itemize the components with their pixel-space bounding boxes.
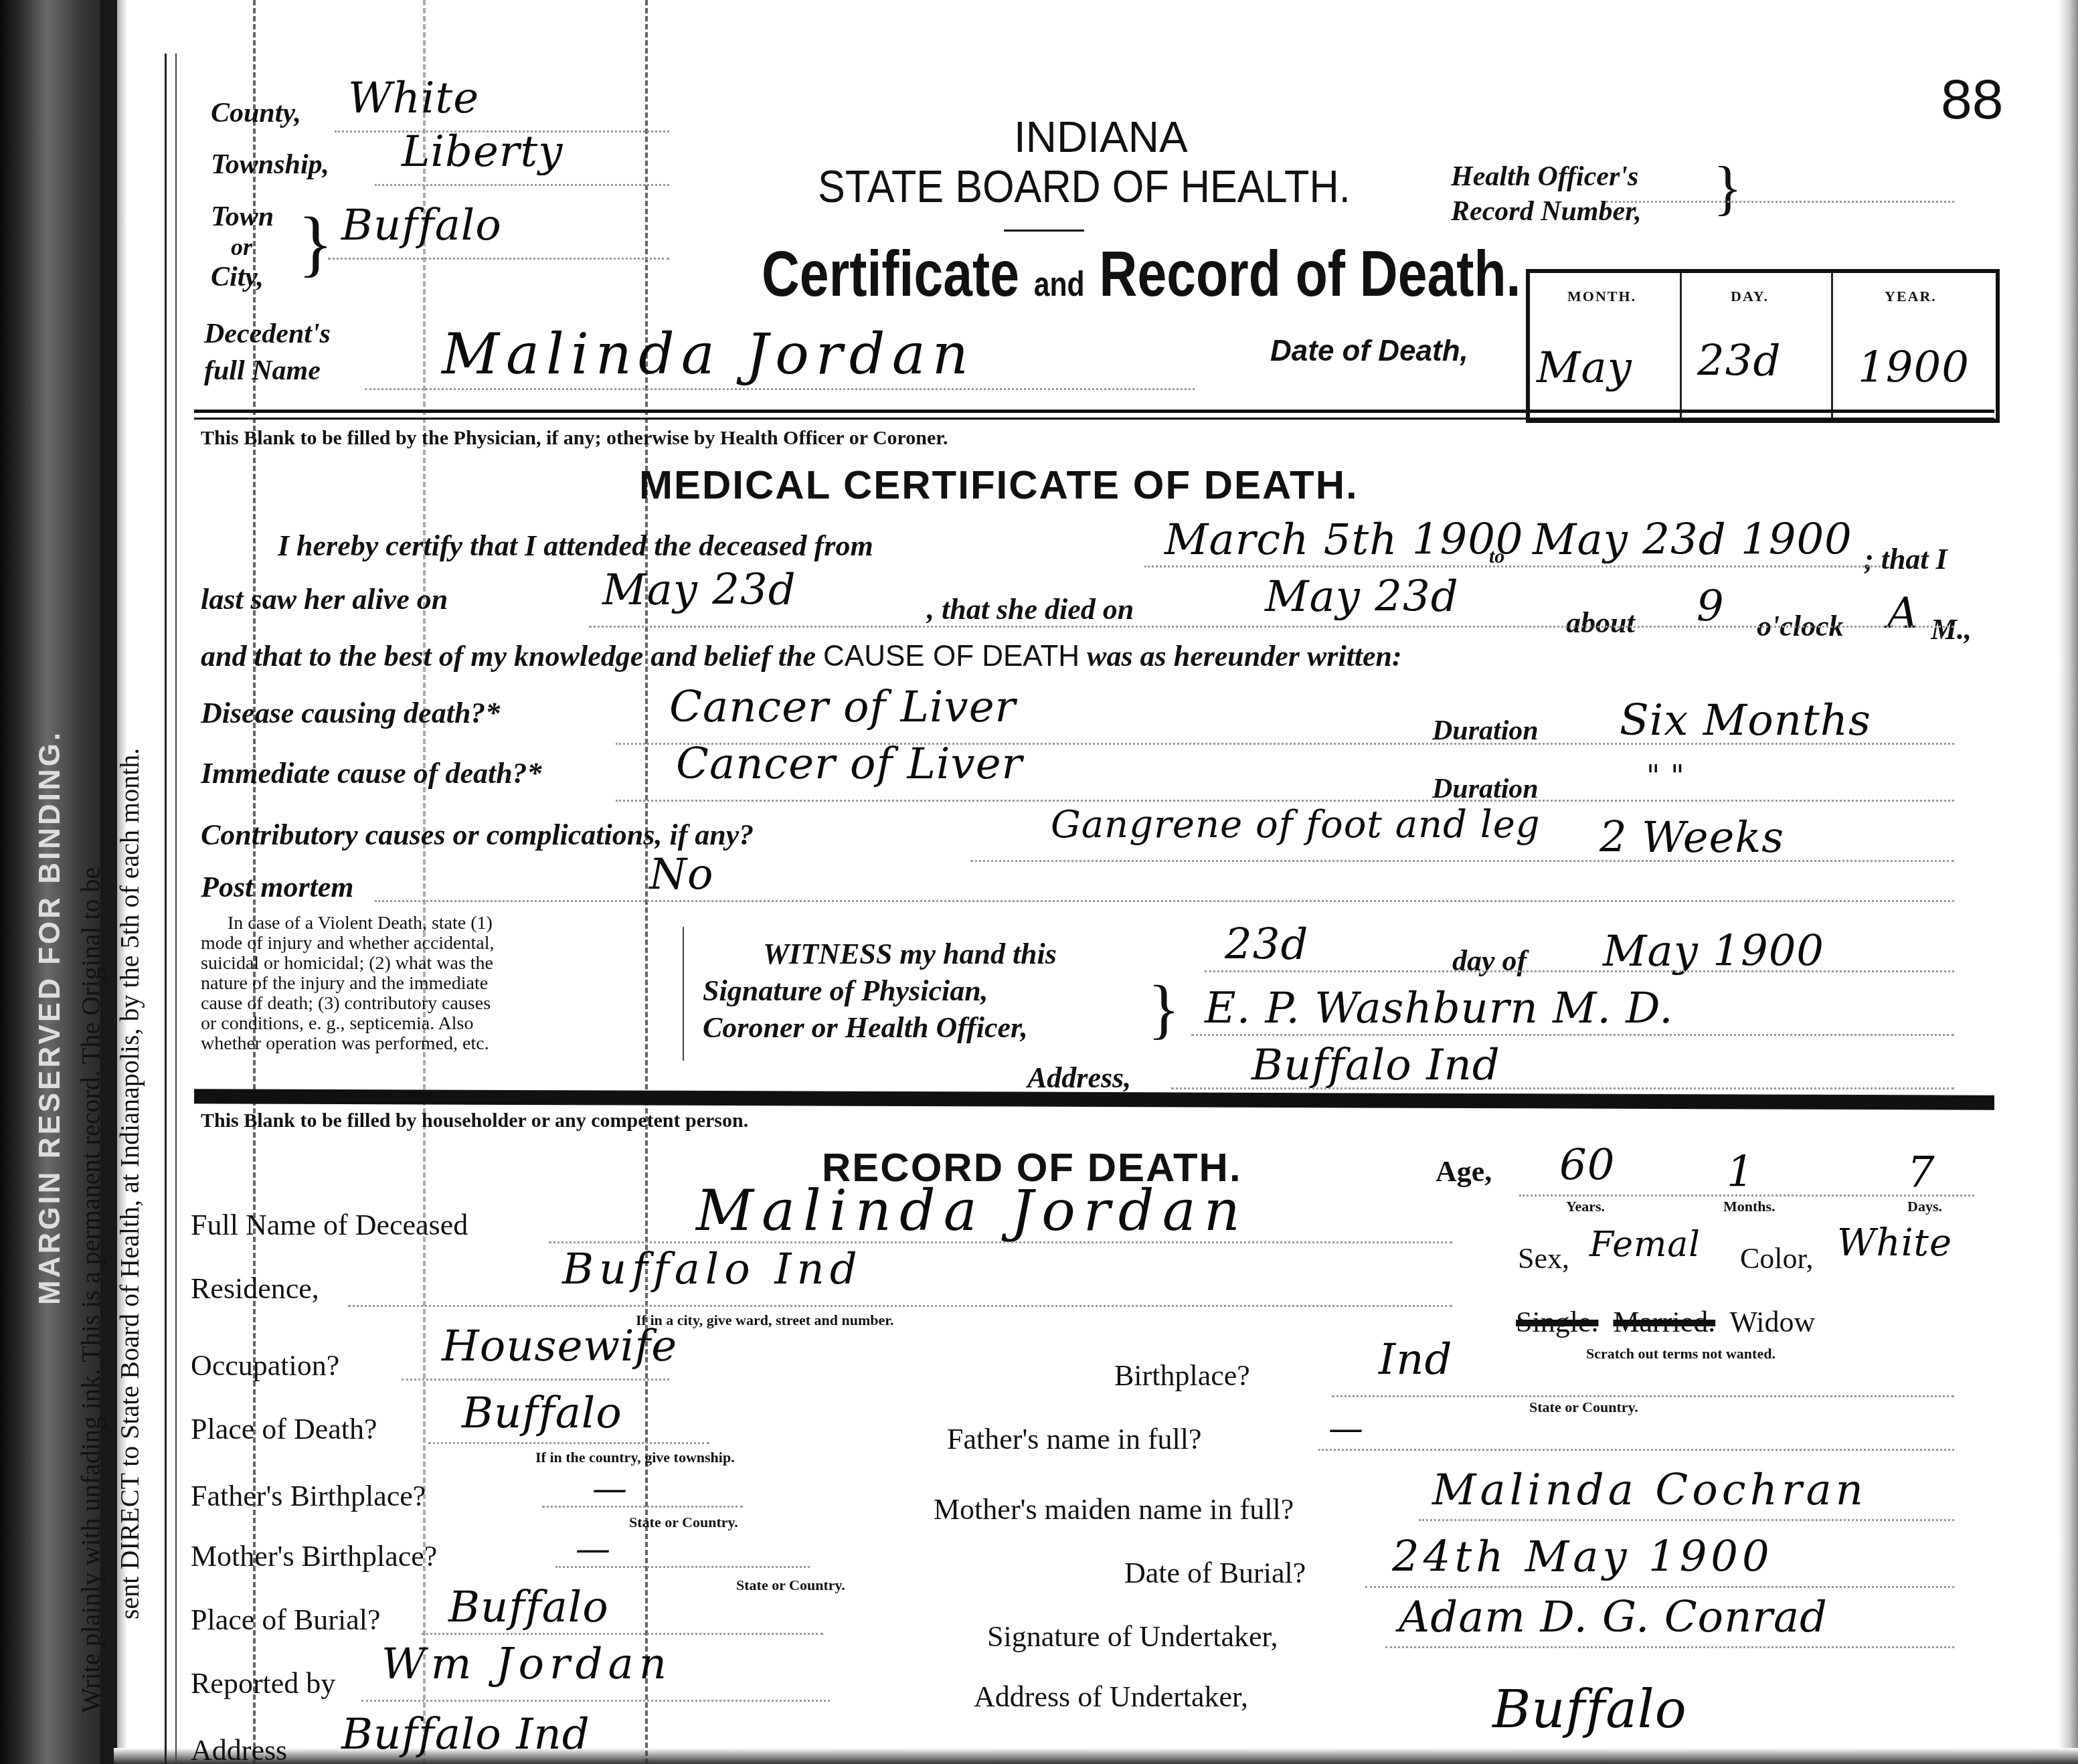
violent-note-line: nature of the injury and the immediate — [201, 974, 495, 994]
signature-label-1: Signature of Physician, — [703, 974, 988, 1008]
belief-text: and that to the best of my knowledge and… — [201, 639, 1402, 673]
marital-married-struck[interactable]: Married. — [1613, 1306, 1715, 1338]
years-label: Years. — [1566, 1198, 1605, 1215]
undertaker-signature-value[interactable]: Adam D. G. Conrad — [1399, 1593, 1828, 1642]
mother-birthplace-hint: State or Country. — [736, 1577, 845, 1594]
postmortem-label: Post mortem — [201, 870, 354, 904]
left-border-inner — [175, 54, 177, 1764]
place-of-burial-label: Place of Burial? — [191, 1603, 380, 1637]
father-name-label: Father's name in full? — [947, 1422, 1202, 1456]
contributory-label: Contributory causes or complications, if… — [201, 818, 754, 852]
about-label: about — [1566, 606, 1635, 640]
immediate-duration-value[interactable]: " " — [1646, 760, 1684, 794]
place-of-death-label: Place of Death? — [191, 1412, 377, 1446]
died-label: , that she died on — [927, 592, 1134, 626]
color-value[interactable]: White — [1837, 1221, 1952, 1265]
section-divider — [194, 410, 1994, 413]
disease-label: Disease causing death?* — [201, 696, 500, 730]
disease-duration-label: Duration — [1432, 715, 1539, 747]
birthplace-value[interactable]: Ind — [1379, 1335, 1452, 1385]
householder-instruction: This Blank to be filled by householder o… — [201, 1110, 748, 1132]
township-label: Township, — [211, 149, 329, 181]
header-divider — [1004, 230, 1084, 232]
birthplace-label: Birthplace? — [1114, 1358, 1250, 1393]
health-officer-record-number-field[interactable] — [1606, 201, 1954, 203]
day-of-label: day of — [1452, 944, 1527, 978]
physician-instruction: This Blank to be filled by the Physician… — [201, 427, 948, 450]
m-label: M., — [1931, 612, 1972, 646]
month-header: MONTH. — [1567, 288, 1636, 305]
year-header: YEAR. — [1885, 288, 1937, 305]
am-pm-value[interactable]: A — [1887, 589, 1919, 638]
contributory-value[interactable]: Gangrene of foot and leg — [1051, 803, 1541, 847]
title-and: and — [1034, 265, 1085, 304]
occupation-label: Occupation? — [191, 1348, 339, 1383]
age-months-value[interactable]: 1 — [1727, 1148, 1755, 1197]
died-on-value[interactable]: May 23d — [1265, 572, 1459, 622]
margin-instruction-2: sent DIRECT to State Board of Health, at… — [114, 748, 145, 1619]
undertaker-address-label: Address of Undertaker, — [974, 1680, 1248, 1714]
birthplace-line — [1332, 1395, 1954, 1397]
age-years-value[interactable]: 60 — [1559, 1141, 1615, 1190]
attended-from-value[interactable]: March 5th 1900 — [1164, 515, 1524, 565]
residence-line — [348, 1305, 1452, 1307]
county-value[interactable]: White — [348, 74, 479, 123]
mother-birthplace-value[interactable]: — — [576, 1529, 611, 1569]
undertaker-signature-line — [1385, 1646, 1954, 1648]
full-name-line — [549, 1241, 1452, 1243]
date-of-death-label: Date of Death, — [1270, 335, 1468, 368]
death-year-value[interactable]: 1900 — [1858, 343, 1970, 393]
violent-note-line: mode of injury and whether accidental, — [201, 934, 495, 954]
age-days-value[interactable]: 7 — [1907, 1148, 1935, 1197]
header-board: STATE BOARD OF HEALTH. — [818, 161, 1351, 213]
decedent-name-value[interactable]: Malinda Jordan — [442, 321, 975, 387]
undertaker-address-value[interactable]: Buffalo — [1492, 1680, 1687, 1740]
witness-line — [1205, 970, 1954, 972]
burial-date-value[interactable]: 24th May 1900 — [1392, 1532, 1773, 1582]
health-officer-label-1: Health Officer's — [1451, 161, 1638, 193]
header-state: INDIANA — [1014, 112, 1188, 162]
decedent-name-line — [365, 388, 1195, 390]
town-label-1: Town — [211, 201, 274, 233]
fold-line — [645, 0, 648, 1764]
mother-maiden-line — [1419, 1519, 1954, 1521]
sex-label: Sex, — [1518, 1241, 1569, 1275]
marital-status: Single. Married. Widow — [1516, 1305, 1815, 1339]
marital-single-struck[interactable]: Single. — [1516, 1306, 1598, 1338]
marital-hint: Scratch out terms not wanted. — [1586, 1345, 1776, 1362]
health-officer-brace: } — [1713, 154, 1742, 223]
residence-value[interactable]: Buffalo Ind — [562, 1245, 863, 1294]
residence-label: Residence, — [191, 1271, 319, 1306]
violent-death-note: In case of a Violent Death, state (1) mo… — [201, 913, 495, 1054]
months-label: Months. — [1723, 1198, 1776, 1215]
township-value[interactable]: Liberty — [402, 127, 563, 177]
medical-heading: MEDICAL CERTIFICATE OF DEATH. — [639, 462, 1359, 508]
occupation-line — [402, 1379, 669, 1381]
father-name-line — [1318, 1449, 1954, 1451]
postmortem-line — [375, 900, 1954, 902]
town-value[interactable]: Buffalo — [341, 201, 502, 250]
attended-to-value[interactable]: May 23d 1900 — [1533, 515, 1852, 565]
place-of-burial-line — [422, 1633, 823, 1635]
mother-maiden-label: Mother's maiden name in full? — [934, 1492, 1294, 1526]
town-label-2: or — [231, 233, 252, 261]
signature-brace: } — [1148, 970, 1180, 1047]
immediate-line — [616, 800, 1954, 802]
undertaker-signature-label: Signature of Undertaker, — [987, 1619, 1278, 1654]
violent-note-line: whether operation was performed, etc. — [201, 1034, 495, 1054]
violent-note-line: or conditions, e. g., septicemia. Also — [201, 1014, 495, 1034]
occupation-value[interactable]: Housewife — [442, 1322, 677, 1371]
father-birthplace-label: Father's Birthplace? — [191, 1479, 426, 1513]
town-line — [328, 258, 669, 260]
father-birthplace-value[interactable]: — — [592, 1469, 628, 1509]
town-label-3: City, — [211, 261, 264, 293]
reported-by-label: Reported by — [191, 1666, 335, 1700]
title-record: Record of Death. — [1100, 238, 1521, 310]
birthplace-hint: State or Country. — [1529, 1399, 1638, 1416]
margin-instruction-1: Write plainly with unfading ink. This is… — [75, 867, 106, 1713]
attended-line — [1144, 565, 1881, 567]
days-label: Days. — [1907, 1198, 1942, 1215]
binding-notice: MARGIN RESERVED FOR BINDING. — [33, 730, 67, 1305]
burial-date-label: Date of Burial? — [1124, 1556, 1306, 1590]
cause-of-death-caps: CAUSE OF DEATH — [823, 640, 1079, 673]
witness-label: WITNESS my hand this — [763, 937, 1057, 971]
place-of-death-hint: If in the country, give township. — [535, 1449, 735, 1466]
immediate-cause-label: Immediate cause of death?* — [201, 756, 542, 790]
reporter-address-label: Address — [191, 1733, 287, 1764]
county-label: County, — [211, 97, 301, 129]
section-divider-heavy — [194, 1089, 1994, 1110]
physician-address-line — [1171, 1087, 1954, 1089]
color-label: Color, — [1740, 1241, 1813, 1275]
reported-by-value[interactable]: Wm Jordan — [381, 1640, 672, 1689]
left-border — [165, 54, 167, 1764]
physician-signature-value[interactable]: E. P. Washburn M. D. — [1205, 984, 1674, 1033]
postmortem-value[interactable]: No — [649, 850, 714, 899]
form-title: Certificate and Record of Death. — [762, 238, 1521, 311]
township-line — [375, 184, 669, 186]
full-name-label: Full Name of Deceased — [191, 1208, 468, 1242]
death-month-value[interactable]: May — [1537, 343, 1632, 393]
marital-widow[interactable]: Widow — [1729, 1306, 1815, 1338]
father-name-value[interactable]: — — [1328, 1409, 1364, 1449]
day-header: DAY. — [1731, 288, 1769, 305]
decedent-label-2: full Name — [204, 355, 321, 387]
father-birthplace-line — [542, 1506, 743, 1508]
place-of-death-line — [428, 1442, 709, 1444]
reported-by-line — [361, 1700, 830, 1702]
contributory-line — [970, 860, 1954, 862]
witness-month-year-value[interactable]: May 1900 — [1603, 927, 1824, 976]
title-certificate: Certificate — [762, 238, 1019, 310]
physician-address-value[interactable]: Buffalo Ind — [1251, 1041, 1500, 1090]
physician-address-label: Address, — [1027, 1061, 1131, 1095]
last-saw-value[interactable]: May 23d — [602, 565, 796, 615]
death-day-value[interactable]: 23d — [1697, 337, 1781, 386]
reporter-address-value[interactable]: Buffalo Ind — [341, 1710, 590, 1759]
mother-maiden-value[interactable]: Malinda Cochran — [1432, 1466, 1867, 1515]
page-number: 88 — [1941, 67, 2003, 132]
page-edge — [2058, 0, 2078, 1764]
last-saw-label: last saw her alive on — [201, 582, 448, 616]
place-of-burial-value[interactable]: Buffalo — [448, 1583, 609, 1632]
signature-line — [1191, 1034, 1954, 1036]
burial-date-line — [1365, 1586, 1954, 1588]
that-i-label: ; that I — [1864, 542, 1947, 576]
witness-day-value[interactable]: 23d — [1225, 920, 1308, 970]
father-birthplace-hint: State or Country. — [629, 1514, 738, 1531]
place-of-death-value[interactable]: Buffalo — [462, 1389, 622, 1438]
belief-text-1: and that to the best of my knowledge and… — [201, 640, 816, 673]
contributory-duration-value[interactable]: 2 Weeks — [1599, 813, 1784, 863]
section-divider — [194, 418, 1994, 420]
disease-value[interactable]: Cancer of Liver — [669, 683, 1016, 732]
mother-birthplace-line — [555, 1566, 810, 1568]
belief-text-2: was as hereunder written: — [1087, 640, 1402, 673]
town-brace: } — [298, 201, 333, 286]
immediate-cause-value[interactable]: Cancer of Liver — [676, 739, 1023, 789]
signature-label-2: Coroner or Health Officer, — [703, 1010, 1028, 1045]
violent-note-line: cause of death; (3) contributory causes — [201, 994, 495, 1014]
disease-duration-value[interactable]: Six Months — [1620, 696, 1871, 745]
violent-note-divider — [683, 927, 684, 1061]
certify-text: I hereby certify that I attended the dec… — [278, 529, 873, 563]
age-label: Age, — [1436, 1154, 1492, 1188]
mother-birthplace-label: Mother's Birthplace? — [191, 1539, 437, 1573]
violent-note-line: In case of a Violent Death, state (1) — [201, 913, 495, 934]
violent-note-line: suicidal or homicidal; (2) what was the — [201, 954, 495, 974]
to-label: to — [1489, 545, 1504, 568]
died-line — [589, 626, 1954, 628]
full-name-value[interactable]: Malinda Jordan — [696, 1178, 1248, 1243]
date-of-death-box: MONTH. DAY. YEAR. May 23d 1900 — [1526, 269, 2000, 423]
decedent-label-1: Decedent's — [204, 318, 331, 350]
sex-value[interactable]: Femal — [1589, 1225, 1701, 1265]
age-line — [1519, 1195, 1974, 1197]
about-hour-value[interactable]: 9 — [1697, 582, 1725, 632]
